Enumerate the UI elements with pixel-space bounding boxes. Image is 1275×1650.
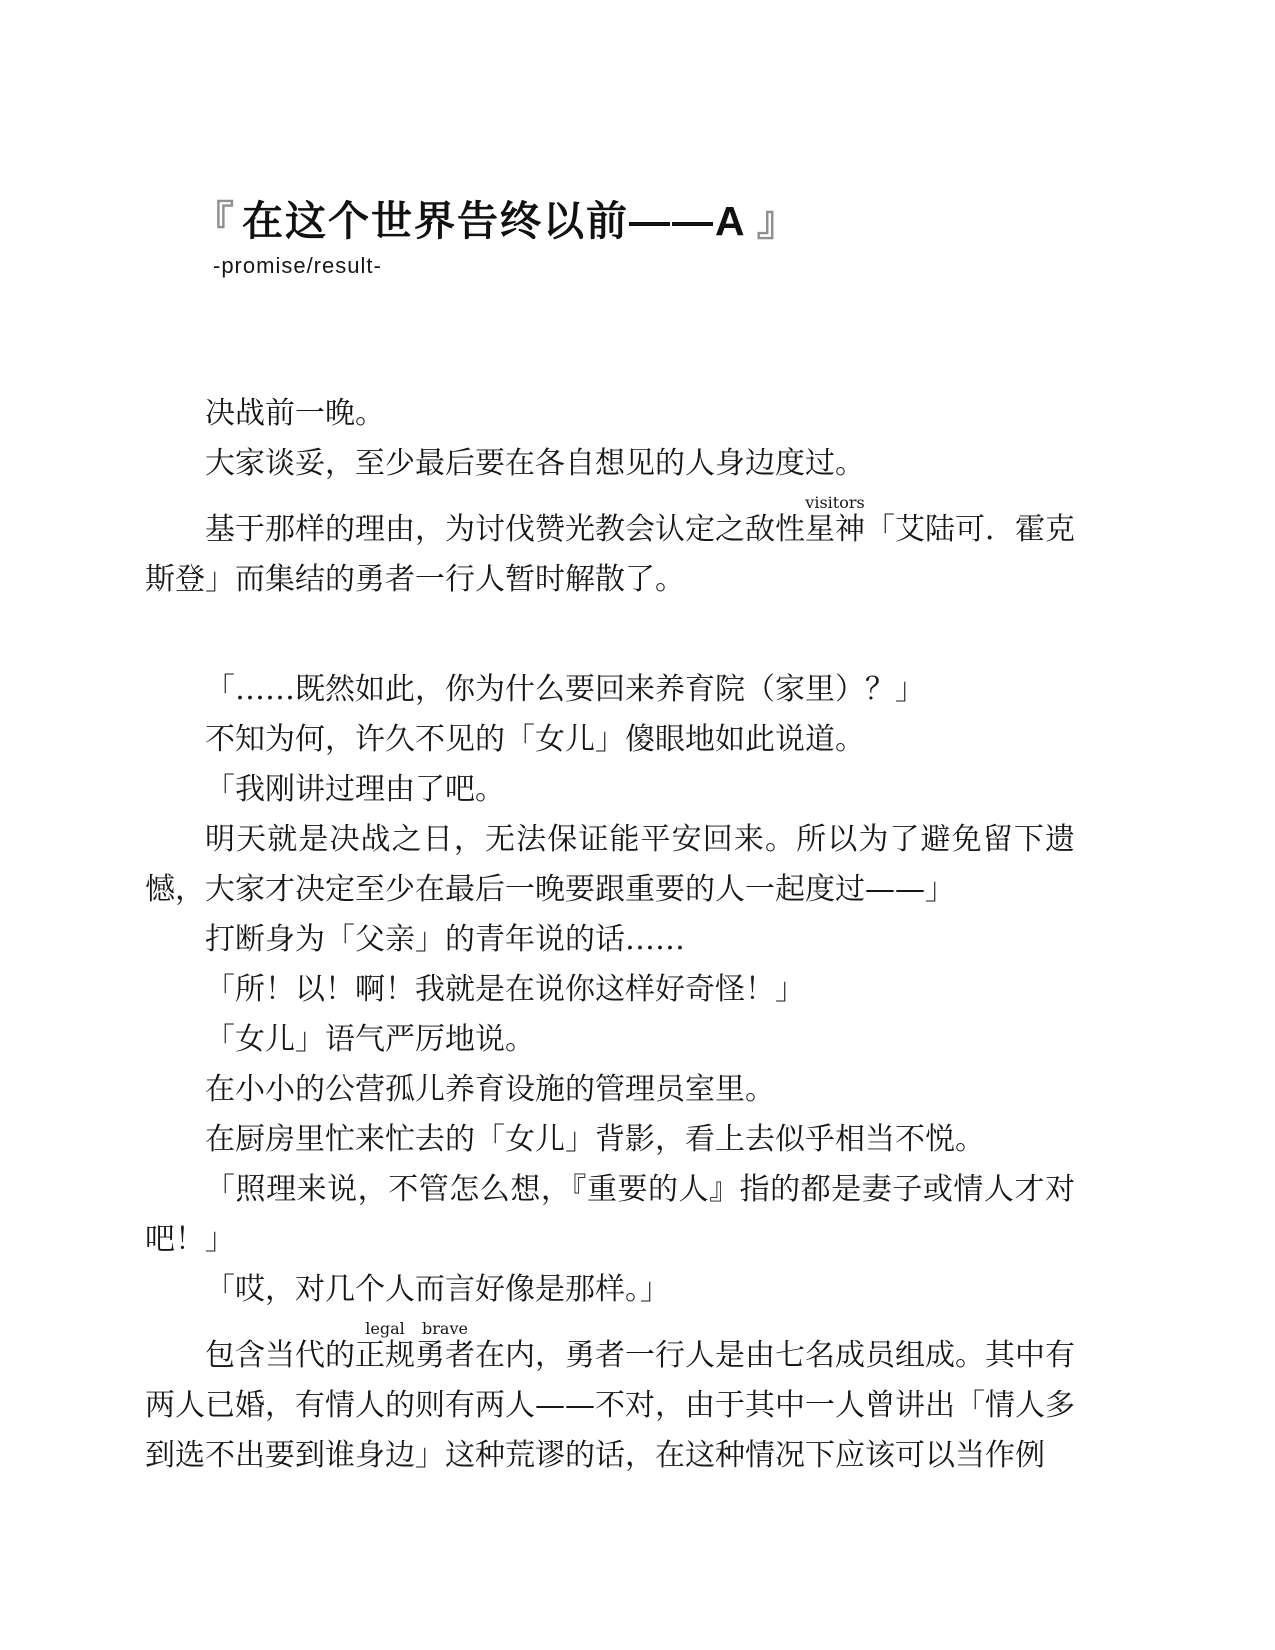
body-text: 决战前一晚。大家谈妥，至少最后要在各自想见的人身边度过。基于那样的理由，为讨伐赞…	[145, 389, 1075, 1481]
paragraph: 基于那样的理由，为讨伐赞光教会认定之敌性星神visitors「艾陆可．霍克斯登」…	[145, 489, 1075, 605]
novel-page: 『在这个世界告终以前——A』 -promise/result- 决战前一晚。大家…	[0, 0, 1275, 1650]
ruby-annotated-text: 勇者brave	[415, 1338, 475, 1373]
chapter-title: 『在这个世界告终以前——A』	[193, 198, 1075, 245]
paragraph: 明天就是决战之日，无法保证能平安回来。所以为了避免留下遗憾，大家才决定至少在最后…	[145, 815, 1075, 915]
ruby-annotated-text: 正规legal	[355, 1338, 415, 1373]
paragraph: 在厨房里忙来忙去的「女儿」背影，看上去似乎相当不悦。	[145, 1115, 1075, 1165]
paragraph: 「女儿」语气严厉地说。	[145, 1015, 1075, 1065]
ruby-annotation: legal	[355, 1319, 415, 1338]
paragraph: 决战前一晚。	[145, 389, 1075, 439]
paragraph-gap	[145, 605, 1075, 665]
title-bracket-open: 『	[193, 198, 236, 244]
chapter-title-text: 在这个世界告终以前——A	[242, 198, 747, 244]
paragraph: 打断身为「父亲」的青年说的话……	[145, 915, 1075, 965]
paragraph: 不知为何，许久不见的「女儿」傻眼地如此说道。	[145, 715, 1075, 765]
paragraph: 包含当代的正规legal勇者brave在内，勇者一行人是由七名成员组成。其中有两…	[145, 1315, 1075, 1481]
paragraph: 「照理来说，不管怎么想，『重要的人』指的都是妻子或情人才对吧！」	[145, 1165, 1075, 1265]
ruby-annotation: visitors	[805, 493, 865, 512]
paragraph: 大家谈妥，至少最后要在各自想见的人身边度过。	[145, 439, 1075, 489]
chapter-subtitle: -promise/result-	[213, 253, 1075, 279]
paragraph: 「……既然如此，你为什么要回来养育院（家里）？」	[145, 665, 1075, 715]
page-content: 『在这个世界告终以前——A』 -promise/result- 决战前一晚。大家…	[145, 198, 1075, 1481]
paragraph: 「我刚讲过理由了吧。	[145, 765, 1075, 815]
chapter-header: 『在这个世界告终以前——A』 -promise/result-	[145, 198, 1075, 279]
ruby-annotated-text: 星神visitors	[805, 512, 865, 547]
ruby-annotation: brave	[415, 1319, 475, 1338]
paragraph: 「哎，对几个人而言好像是那样。」	[145, 1265, 1075, 1315]
paragraph: 在小小的公营孤儿养育设施的管理员室里。	[145, 1065, 1075, 1115]
paragraph: 「所！以！啊！我就是在说你这样好奇怪！」	[145, 965, 1075, 1015]
title-bracket-close: 』	[757, 198, 800, 244]
